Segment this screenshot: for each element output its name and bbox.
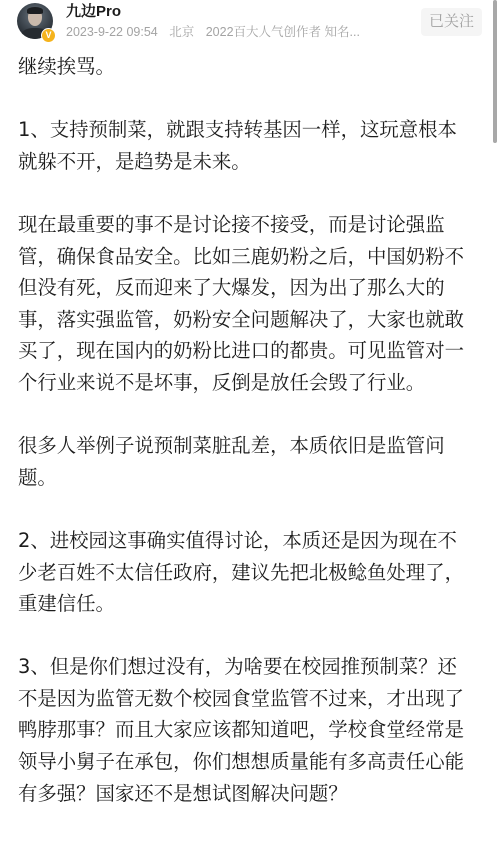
text-line: 但没有死，反而迎来了大爆发，因为出了那么大的	[18, 272, 470, 304]
text-line: 题。	[18, 462, 470, 494]
avatar-hair-shape	[27, 7, 43, 14]
text-line: 现在最重要的事不是讨论接不接受，而是讨论强监	[18, 209, 470, 241]
post-header: V 九边Pro 2023-9-22 09:54 北京 2022百大人气创作者 知…	[0, 0, 500, 46]
text-line: 买了，现在国内的奶粉比进口的都贵。可见监管对一	[18, 335, 470, 367]
text-line: 就躲不开，是趋势是未来。	[18, 146, 470, 178]
paragraph: 2、进校园这事确实值得讨论，本质还是因为现在不 少老百姓不太信任政府，建议先把北…	[18, 525, 470, 620]
text-line: 领导小舅子在承包，你们想想质量能有多高责任心能	[18, 746, 470, 778]
paragraph: 现在最重要的事不是讨论接不接受，而是讨论强监 管，确保食品安全。比如三鹿奶粉之后…	[18, 209, 470, 399]
author-tag: 2022百大人气创作者 知名...	[206, 25, 360, 39]
text-line: 3、但是你们想过没有，为啥要在校园推预制菜？还	[18, 651, 470, 683]
text-line: 管，确保食品安全。比如三鹿奶粉之后，中国奶粉不	[18, 241, 470, 273]
text-line: 1、支持预制菜，就跟支持转基因一样，这玩意根本	[18, 114, 470, 146]
post-timestamp: 2023-9-22 09:54	[66, 25, 158, 39]
paragraph: 1、支持预制菜，就跟支持转基因一样，这玩意根本 就躲不开，是趋势是未来。	[18, 114, 470, 177]
follow-button[interactable]: 已关注	[421, 8, 482, 36]
text-line: 很多人举例子说预制菜脏乱差，本质依旧是监管问	[18, 430, 470, 462]
text-line: 继续挨骂。	[18, 51, 470, 83]
paragraph: 很多人举例子说预制菜脏乱差，本质依旧是监管问 题。	[18, 430, 470, 493]
paragraph: 继续挨骂。	[18, 51, 470, 83]
post-meta: 2023-9-22 09:54 北京 2022百大人气创作者 知名...	[66, 24, 368, 40]
text-line: 事，落实强监管，奶粉安全问题解决了，大家也就敢	[18, 304, 470, 336]
text-line: 个行业来说不是坏事，反倒是放任会毁了行业。	[18, 367, 470, 399]
text-line: 鸭脖那事？而且大家应该都知道吧，学校食堂经常是	[18, 714, 470, 746]
text-line: 重建信任。	[18, 588, 470, 620]
post-body: 继续挨骂。 1、支持预制菜，就跟支持转基因一样，这玩意根本 就躲不开，是趋势是未…	[18, 51, 470, 841]
paragraph: 3、但是你们想过没有，为啥要在校园推预制菜？还 不是因为监管无数个校园食堂监管不…	[18, 651, 470, 809]
scrollbar[interactable]	[493, 0, 497, 143]
text-line: 不是因为监管无数个校园食堂监管不过来，才出现了	[18, 683, 470, 715]
text-line: 2、进校园这事确实值得讨论，本质还是因为现在不	[18, 525, 470, 557]
username[interactable]: 九边Pro	[66, 3, 121, 21]
verified-badge-icon: V	[41, 28, 56, 43]
post-location: 北京	[169, 25, 194, 39]
text-line: 有多强？国家还不是想试图解决问题？	[18, 778, 470, 810]
text-line: 少老百姓不太信任政府，建议先把北极鲶鱼处理了，	[18, 557, 470, 589]
